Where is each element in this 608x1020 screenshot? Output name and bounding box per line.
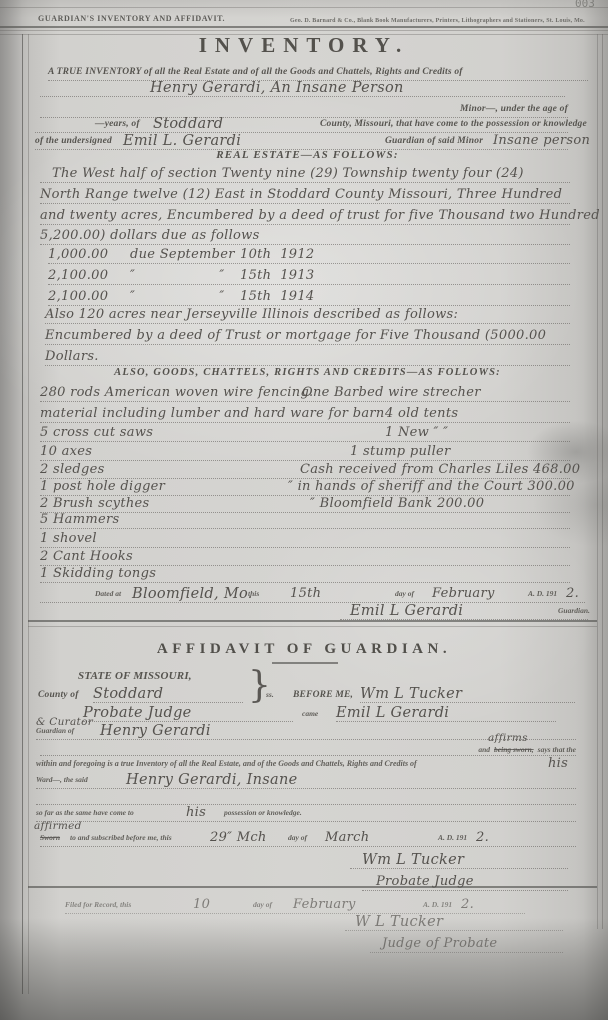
judge-title-handwritten: Probate Judge [83,705,293,722]
frame-left-line-inner [28,34,29,994]
real-estate-line: The West half of section Twenty nine (29… [40,166,570,183]
real-estate-heading: REAL ESTATE—AS FOLLOWS: [35,147,580,163]
dated-this-label: this [248,586,259,602]
before-me-label: BEFORE ME, [293,687,353,703]
goods-item-left: 1 Skidding tongs [40,566,570,583]
goods-item-left: 2 sledges [40,462,105,478]
guardian-of-label: Guardian of [36,723,74,739]
sworn-subscribed-label: to and subscribed before me, this [70,830,172,846]
dated-day-handwritten: 15th [290,586,321,602]
ward-label: Ward—, the said [36,772,88,788]
sworn-dayof-label: day of [288,830,307,846]
form-title-header: GUARDIAN'S INVENTORY AND AFFIDAVIT. [38,11,225,27]
filed-year-handwritten: 2. [461,897,474,913]
payment-label: due September [130,247,235,263]
ward-value-handwritten: Henry Gerardi, Insane [126,772,297,788]
guardian-signature: Emil L Gerardi [350,603,463,619]
affidavit-heading: AFFIDAVIT OF GUARDIAN. [0,641,608,657]
filed-label: Filed for Record, this [65,897,131,913]
dated-ad-label: A. D. 191 [528,586,557,602]
sworn-day-handwritten: 29″ Mch [210,830,267,846]
filed-month-handwritten: February [293,897,356,913]
ss-label: ss. [266,687,274,703]
county-clause: County, Missouri, that have come to the … [320,116,587,132]
ward-name-handwritten: Henry Gerardi, An Insane Person [150,80,404,96]
filed-dayof-label: day of [253,897,272,913]
years-label: —years, of [95,116,140,132]
judge-name-handwritten: Wm L Tucker [360,686,575,703]
payment-date: 15th 1913 [240,268,315,284]
county-handwritten: Stoddard [153,116,223,132]
affidavit-heading-underline [272,662,338,664]
inventory-title: INVENTORY. [0,37,608,53]
header-rule-thin [0,30,608,31]
sworn-clause-and: and [478,745,490,754]
dated-month-handwritten: February [432,586,495,602]
blank-ruled-line [36,790,576,805]
payment-amount: 2,100.00 [48,268,108,284]
sworn-month-handwritten: March [325,830,369,846]
payment-label: ″ ″ [130,268,225,284]
affidavit-county-handwritten: Stoddard [93,686,243,703]
header-rule-thick [0,26,608,28]
section-separator-thick [28,620,597,622]
goods-item-left: 2 Brush scythes [40,496,149,512]
affidavit-bottom-rule [28,886,597,888]
real-estate-also-line: Encumbered by a deed of Trust or mortgag… [45,328,570,345]
goods-item-right: ″ Bloomfield Bank 200.00 [310,496,484,512]
sworn-year-handwritten: 2. [476,830,489,846]
real-estate-line: North Range twelve (12) East in Stoddard… [40,187,570,204]
section-separator-thin [28,626,597,627]
goods-item-left: 5 cross cut saws [40,425,153,441]
sworn-clause-says: says that the [538,745,576,754]
dated-year-handwritten: 2. [566,586,579,602]
affidavit-ward-name-handwritten: Henry Gerardi [100,723,211,739]
guardian-sig-label: Guardian. [558,603,590,619]
minor-clause: Minor—, under the age of [460,104,568,114]
real-estate-also-line: Dollars. [45,349,570,366]
goods-item-right: One Barbed wire strecher [302,385,481,401]
filed-signature: W L Tucker [355,914,443,930]
payment-label: ″ ″ [130,289,225,305]
filed-day-handwritten: 10 [193,897,210,913]
real-estate-line: and twenty acres, Encumbered by a deed o… [40,208,570,225]
goods-item-left: 1 post hole digger [40,479,165,495]
frame-right-line-outer [602,34,603,929]
sworn-clause-struck: being sworn, [494,745,534,754]
frame-right-line-inner [597,34,598,929]
goods-item-left: 5 Hammers [40,512,570,529]
sofar-clause-b: possession or knowledge. [224,805,302,821]
state-label: STATE OF MISSOURI, [78,668,192,684]
goods-item-right: 1 New ″ ″ [385,425,448,441]
goods-item-right: 4 old tents [385,406,458,422]
payment-date: 15th 1914 [240,289,315,305]
payment-amount: 1,000.00 [48,247,108,263]
goods-item-left: 10 axes [40,444,92,460]
header-top-rule [0,7,608,8]
goods-item-left: 2 Cant Hooks [40,549,570,566]
goods-item-left: 1 shovel [40,531,570,548]
came-label: came [302,706,318,722]
sofar-his-handwritten: his [186,805,206,821]
sworn-ad-label: A. D. 191 [438,830,467,846]
goods-item-right: ″ in hands of sheriff and the Court 300.… [288,479,575,495]
inventory-intro: A TRUE INVENTORY of all the Real Estate … [48,64,588,81]
sworn-word-struck: Sworn [40,830,60,846]
real-estate-line: 5,200.00) dollars due as follows [40,228,570,245]
affiant-name-handwritten: Emil L Gerardi [336,705,556,722]
payment-date: 10th 1912 [240,247,315,263]
filed-ad-label: A. D. 191 [423,897,452,913]
goods-item-right: 1 stump puller [350,444,451,460]
filed-signature-title: Judge of Probate [382,936,497,952]
page-number: 003 [575,0,595,12]
dated-label: Dated at [95,586,121,602]
dated-dayof-label: day of [395,586,414,602]
judge-signature: Wm L Tucker [362,852,464,868]
county-of-label: County of [38,687,79,703]
frame-left-line-outer [22,34,23,994]
goods-heading: ALSO, GOODS, CHATTELS, RIGHTS AND CREDIT… [35,365,580,381]
payment-amount: 2,100.00 [48,289,108,305]
goods-item-left: material including lumber and hard ware … [40,406,385,422]
dated-place-handwritten: Bloomfield, Mo. [132,586,253,602]
scanned-document-page: 003 GUARDIAN'S INVENTORY AND AFFIDAVIT. … [0,0,608,1020]
goods-item-left: 280 rods American woven wire fencing. [40,385,314,401]
real-estate-also-line: Also 120 acres near Jerseyville Illinois… [45,307,570,324]
goods-item-right: Cash received from Charles Liles 468.00 [300,462,580,478]
